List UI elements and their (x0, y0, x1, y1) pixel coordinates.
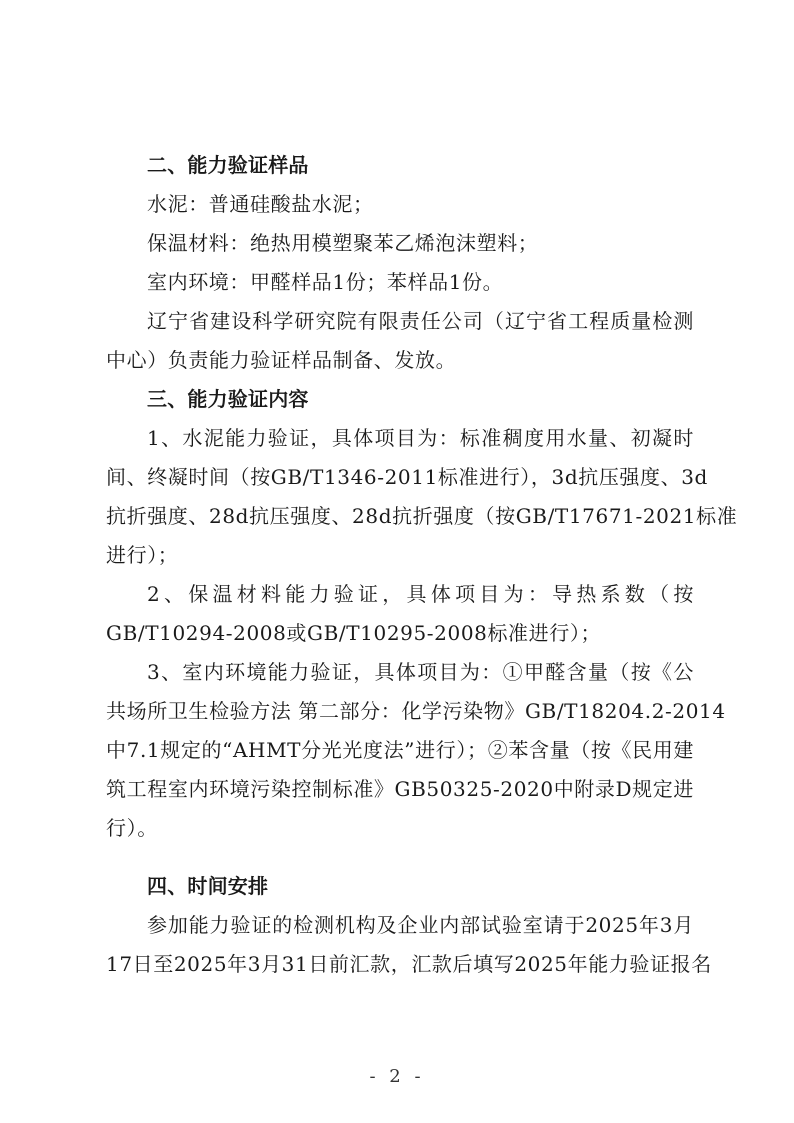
sample-insulation: 保温材料：绝热用模塑聚苯乙烯泡沫塑料； (147, 228, 694, 258)
content-indoor-line-2: 共场所卫生检验方法 第二部分：化学污染物》GB/T18204.2-2014 (106, 696, 694, 726)
content-indoor-line-5: 行）。 (106, 813, 694, 843)
content-insulation-line-1: 2、保温材料能力验证，具体项目为：导热系数（按 (147, 579, 694, 609)
section-heading-schedule: 四、时间安排 (147, 871, 694, 901)
sample-provider-line-1: 辽宁省建设科学研究院有限责任公司（辽宁省工程质量检测 (147, 306, 694, 336)
sample-indoor-env: 室内环境：甲醛样品1份；苯样品1份。 (147, 267, 694, 297)
schedule-line-1: 参加能力验证的检测机构及企业内部试验室请于2025年3月 (147, 910, 694, 940)
content-cement-line-1: 1、水泥能力验证，具体项目为：标准稠度用水量、初凝时 (147, 423, 694, 453)
content-cement-line-4: 进行）； (106, 540, 694, 570)
section-heading-samples: 二、能力验证样品 (147, 150, 694, 180)
page-number: - 2 - (0, 1066, 794, 1087)
content-indoor-line-1: 3、室内环境能力验证，具体项目为：①甲醛含量（按《公 (147, 657, 694, 687)
sample-cement: 水泥：普通硅酸盐水泥； (147, 189, 694, 219)
sample-provider-line-2: 中心）负责能力验证样品制备、发放。 (106, 345, 694, 375)
content-cement-line-2: 间、终凝时间（按GB/T1346-2011标准进行），3d抗压强度、3d (106, 462, 694, 492)
section-heading-content: 三、能力验证内容 (147, 384, 694, 414)
content-indoor-line-3: 中7.1规定的“AHMT分光光度法”进行）；②苯含量（按《民用建 (106, 735, 694, 765)
content-insulation-line-2: GB/T10294-2008或GB/T10295-2008标准进行）； (106, 618, 694, 648)
content-cement-line-3: 抗折强度、28d抗压强度、28d抗折强度（按GB/T17671-2021标准 (106, 501, 694, 531)
schedule-line-2: 17日至2025年3月31日前汇款，汇款后填写2025年能力验证报名 (106, 949, 694, 979)
content-indoor-line-4: 筑工程室内环境污染控制标准》GB50325-2020中附录D规定进 (106, 774, 694, 804)
